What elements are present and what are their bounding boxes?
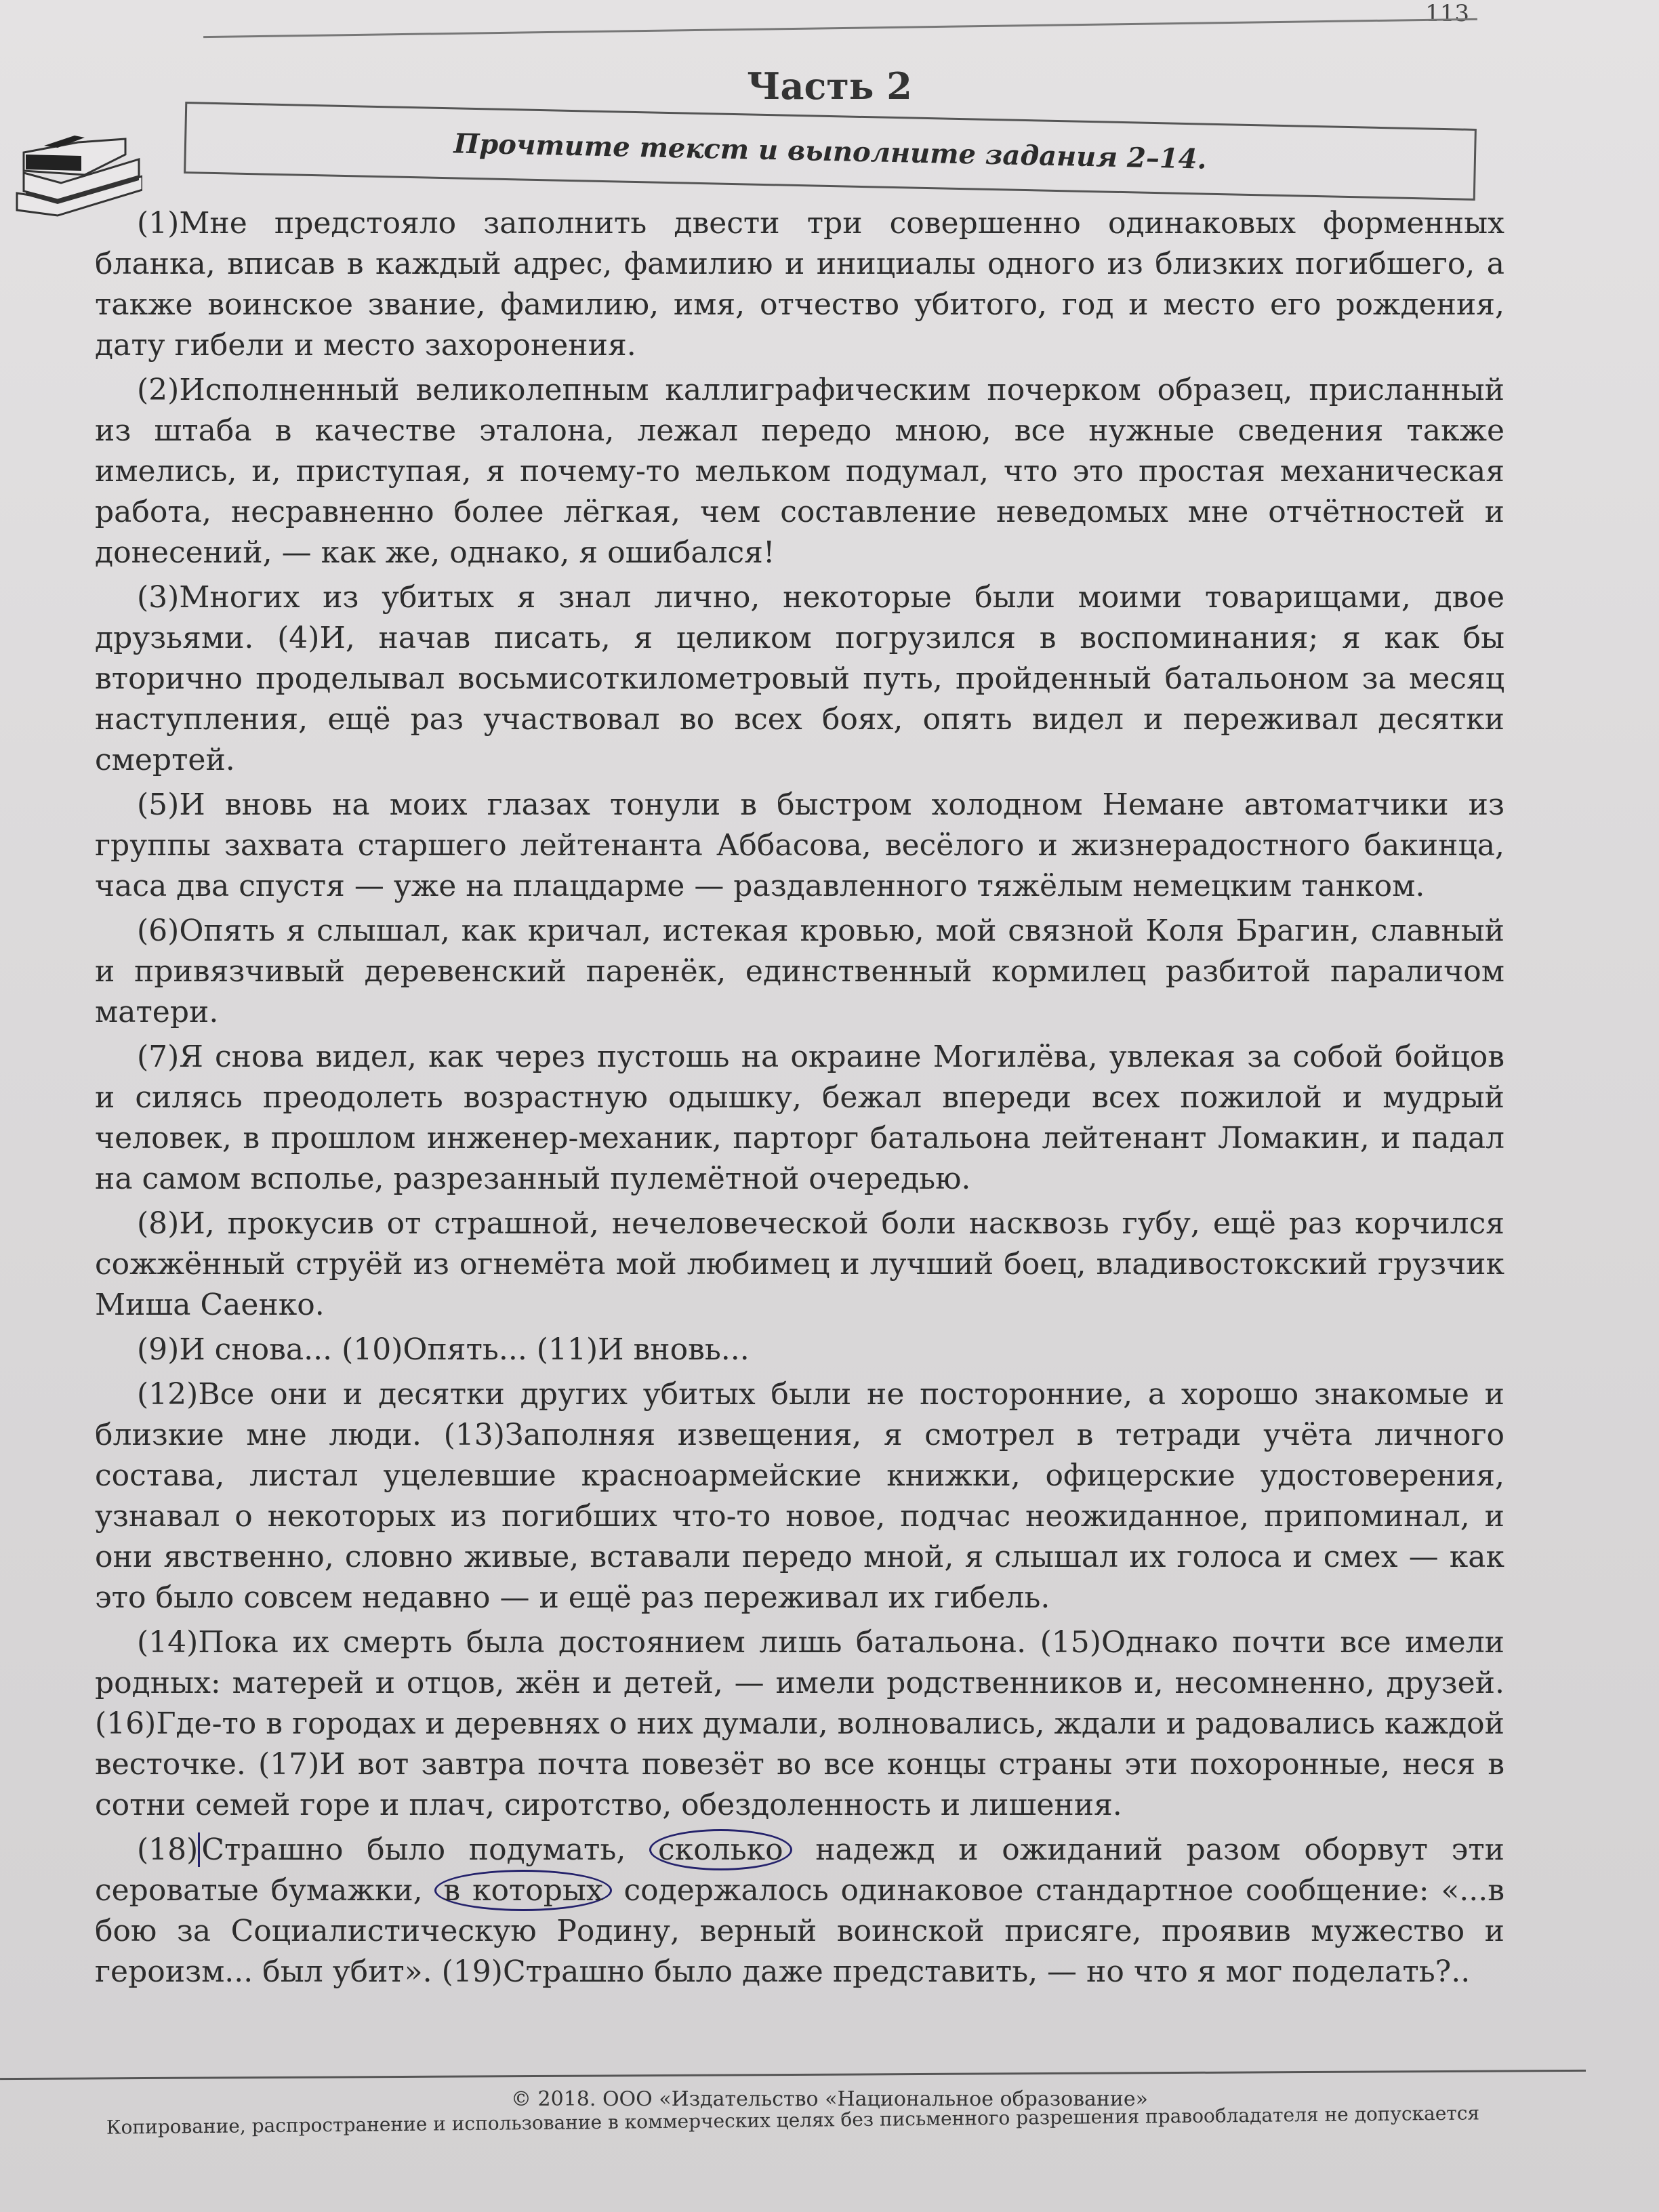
paragraph-2: (2)Исполненный великолепным каллиграфиче… [95, 370, 1504, 573]
paragraph-12: (12)Все они и десятки других убитых были… [95, 1374, 1504, 1618]
books-stack-icon [7, 115, 142, 217]
instruction-text: Прочтите текст и выполните задания 2–14. [453, 127, 1207, 175]
text-fragment: Страшно было подумать, [201, 1832, 626, 1867]
header-divider [203, 18, 1477, 38]
circled-word-skolko: сколько [649, 1829, 792, 1870]
paragraph-14: (14)Пока их смерть была достоянием лишь … [95, 1622, 1504, 1826]
page-number: 113 [1425, 0, 1469, 27]
paragraph-5: (5)И вновь на моих глазах тонули в быстр… [95, 785, 1504, 907]
paragraph-7: (7)Я снова видел, как через пустошь на о… [95, 1037, 1504, 1200]
paragraph-1: (1)Мне предстояло заполнить двести три с… [95, 203, 1504, 366]
paragraph-9: (9)И снова... (10)Опять... (11)И вновь..… [95, 1330, 1504, 1370]
paragraph-8: (8)И, прокусив от страшной, нечеловеческ… [95, 1204, 1504, 1326]
sentence-number: (18) [137, 1832, 198, 1867]
instruction-box: Прочтите текст и выполните задания 2–14. [184, 102, 1477, 201]
paragraph-3: (3)Многих из убитых я знал лично, некото… [95, 577, 1504, 781]
circled-word-v-kotoryh: в которых [434, 1870, 611, 1911]
part-title: Часть 2 [0, 64, 1659, 108]
reading-text: (1)Мне предстояло заполнить двести три с… [95, 203, 1504, 1996]
paragraph-18: (18)Страшно было подумать, сколько надеж… [95, 1830, 1504, 1992]
footer-divider [0, 2070, 1586, 2080]
paragraph-6: (6)Опять я слышал, как кричал, истекая к… [95, 911, 1504, 1033]
